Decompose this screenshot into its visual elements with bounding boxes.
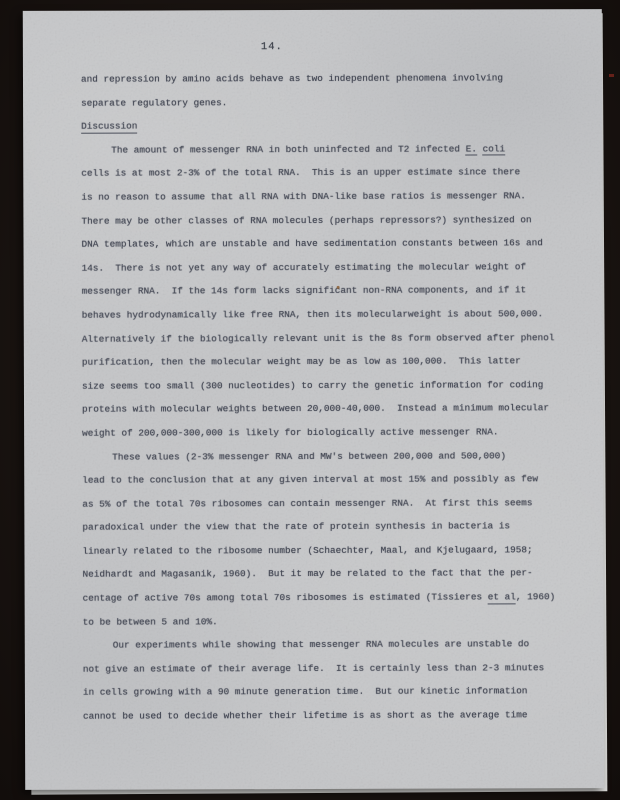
text-line: 14s. There is not yet any way of accurat… [82, 255, 577, 280]
text-line: is no reason to assume that all RNA with… [81, 184, 576, 209]
text-line: The amount of messenger RNA in both unin… [81, 137, 576, 162]
text-segment: linearly related to the ribosome number … [82, 544, 532, 556]
text-line: There may be other classes of RNA molecu… [81, 208, 576, 233]
text-segment: Alternatively if the biologically releva… [82, 332, 555, 344]
text-segment: as 5% of the total 70s ribosomes can con… [82, 497, 532, 509]
text-line: messenger RNA. If the 14s form lacks sig… [82, 279, 577, 304]
text-line: paradoxical under the view that the rate… [82, 514, 577, 539]
text-line: Neidhardt and Magasanik, 1960). But it m… [83, 562, 578, 587]
text-segment: cannot be used to decide whether their l… [83, 709, 527, 721]
text-line: size seems too small (300 nucleotides) t… [82, 373, 577, 398]
text-segment: Our experiments while showing that messe… [113, 639, 529, 651]
paper-sheet: 14. and repression by amino acids behave… [23, 9, 604, 790]
text-segment: 14s. There is not yet any way of accurat… [82, 261, 526, 273]
page-number: 14. [261, 41, 283, 53]
photo-background: 14. and repression by amino acids behave… [0, 0, 620, 800]
text-segment: not give an estimate of their average li… [83, 662, 544, 674]
text-line: Discussion [81, 113, 576, 138]
text-line: proteins with molecular weights between … [82, 396, 577, 421]
text-segment: size seems too small (300 nucleotides) t… [82, 379, 543, 391]
text-line: Our experiments while showing that messe… [83, 632, 578, 657]
text-line: DNA templates, which are unstable and ha… [81, 231, 576, 256]
text-segment: These values (2-3% messenger RNA and MW'… [112, 450, 506, 462]
text-segment: Neidhardt and Magasanik, 1960). But it m… [83, 568, 533, 580]
text-segment: There may be other classes of RNA molecu… [81, 214, 531, 226]
text-line: weight of 200,000-300,000 is likely for … [82, 420, 577, 445]
text-segment: weight of 200,000-300,000 is likely for … [82, 426, 498, 438]
text-segment: centage of active 70s among total 70s ri… [83, 592, 488, 604]
film-edge-mark [609, 74, 614, 77]
text-segment: lead to the conclusion that at any given… [82, 473, 538, 485]
text-segment: proteins with molecular weights between … [82, 403, 549, 415]
text-line: purification, then the molecular weight … [82, 349, 577, 374]
underlined-text: coli [483, 143, 506, 156]
text-segment: to be between 5 and 10%. [83, 616, 218, 627]
text-segment: The amount of messenger RNA in both unin… [111, 143, 465, 155]
text-segment: behaves hydrodynamically like free RNA, … [82, 308, 543, 320]
text-line: These values (2-3% messenger RNA and MW'… [82, 444, 577, 469]
text-line: Alternatively if the biologically releva… [82, 326, 577, 351]
text-segment: separate regulatory genes. [81, 97, 227, 108]
text-line: to be between 5 and 10%. [83, 609, 578, 634]
text-segment: messenger RNA. If the 14s form lacks sig… [82, 285, 526, 297]
text-line: as 5% of the total 70s ribosomes can con… [82, 491, 577, 516]
text-line: lead to the conclusion that at any given… [82, 467, 577, 492]
text-line: cannot be used to decide whether their l… [83, 703, 578, 728]
text-line: centage of active 70s among total 70s ri… [83, 585, 578, 610]
text-line: behaves hydrodynamically like free RNA, … [82, 302, 577, 327]
paper-speck [337, 286, 340, 289]
text-line: cells is at most 2-3% of the total RNA. … [81, 161, 576, 186]
text-line: not give an estimate of their average li… [83, 656, 578, 681]
text-segment: DNA templates, which are unstable and ha… [81, 237, 542, 249]
text-segment: cells is at most 2-3% of the total RNA. … [81, 167, 520, 179]
text-segment: , 1960) [516, 591, 555, 602]
text-body: and repression by amino acids behave as … [81, 66, 578, 728]
text-segment: purification, then the molecular weight … [82, 355, 521, 367]
text-line: in cells growing with a 90 minute genera… [83, 680, 578, 705]
text-segment: and repression by amino acids behave as … [81, 72, 503, 84]
text-segment: is no reason to assume that all RNA with… [81, 190, 525, 202]
underlined-text: et al [488, 591, 516, 604]
underlined-text: E. [466, 143, 477, 156]
text-segment: paradoxical under the view that the rate… [82, 521, 510, 533]
text-segment: in cells growing with a 90 minute genera… [83, 686, 527, 698]
text-line: separate regulatory genes. [81, 90, 576, 115]
underlined-text: Discussion [81, 121, 137, 134]
text-line: and repression by amino acids behave as … [81, 66, 576, 91]
text-line: linearly related to the ribosome number … [82, 538, 577, 563]
